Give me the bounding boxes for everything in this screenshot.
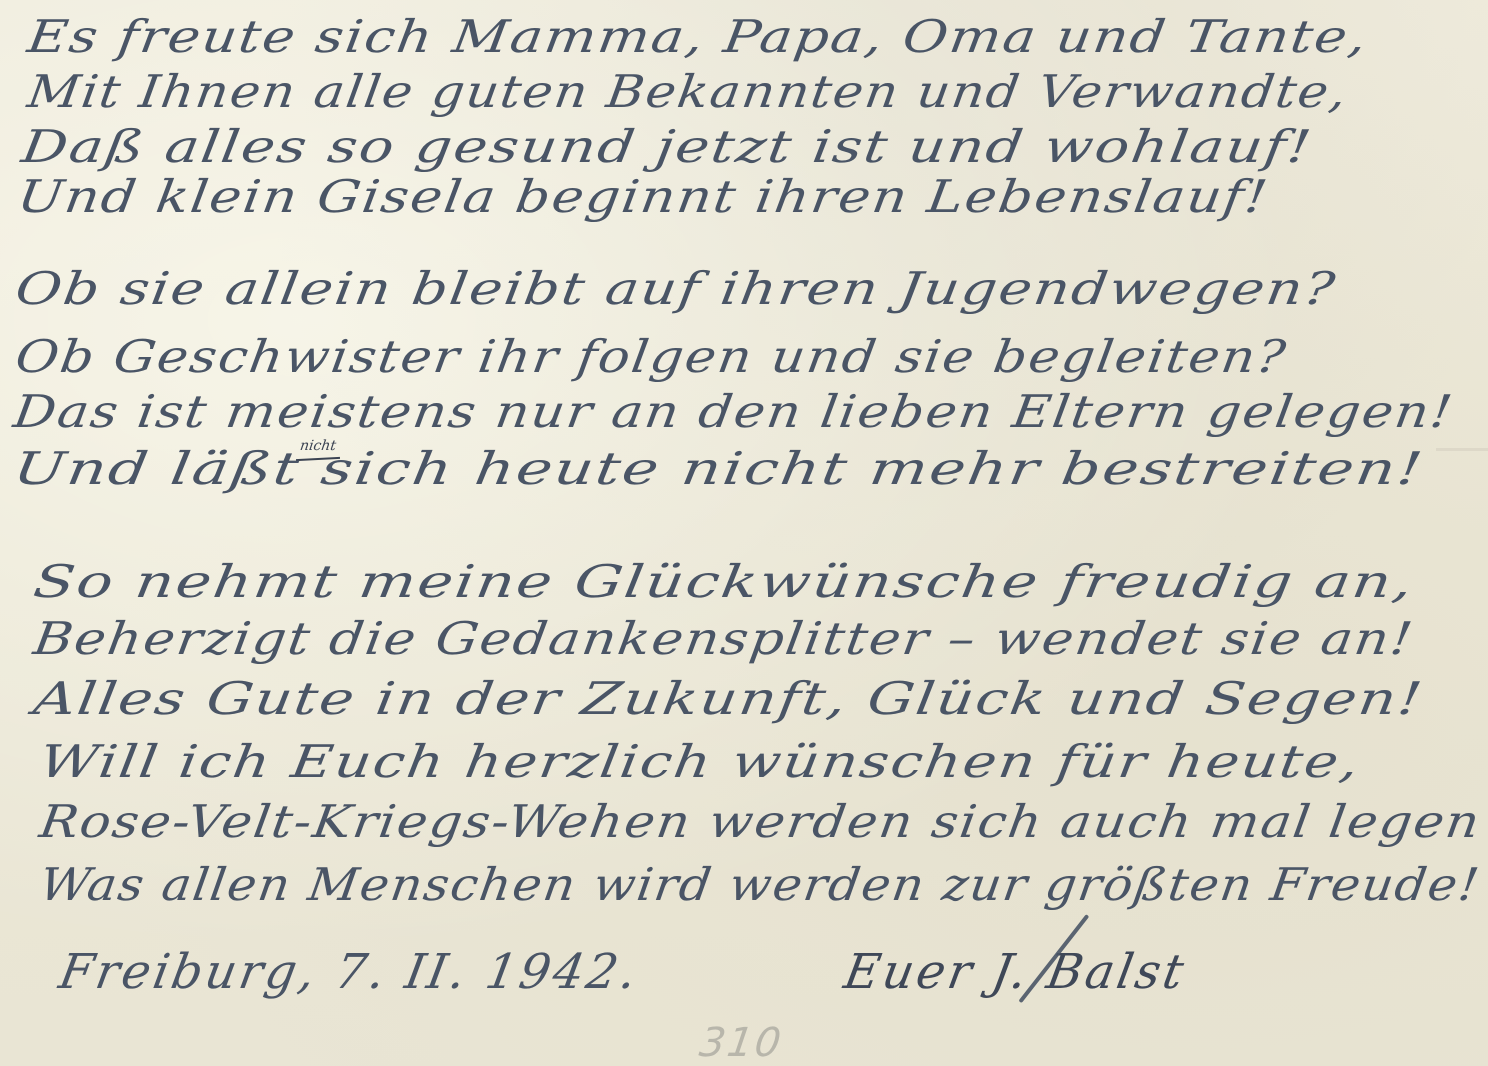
poem-line-11: Alles Gute in der Zukunft, Glück und Seg… [30,672,1427,725]
pencil-annotation: 310 [697,1020,786,1066]
place-and-date: Freiburg, 7. II. 1942. [55,944,644,1000]
paper-tear [1436,448,1488,451]
poem-line-4: Und klein Gisela beginnt ihren Lebenslau… [14,170,1272,223]
poem-line-10: Beherzigt die Gedankensplitter – wendet … [30,612,1417,665]
poem-line-13: Rose-Velt-Kriegs-Wehen werden sich auch … [36,795,1484,848]
poem-line-5: Ob sie allein bleibt auf ihren Jugendweg… [12,262,1340,315]
poem-line-7: Das ist meistens nur an den lieben Elter… [10,385,1457,438]
poem-line-6: Ob Geschwister ihr folgen und sie beglei… [12,330,1290,383]
poem-line-1: Es freute sich Mamma, Papa, Oma und Tant… [24,10,1371,63]
poem-line-14: Was allen Menschen wird werden zur größt… [36,858,1483,911]
poem-line-2: Mit Ihnen alle guten Bekannten und Verwa… [24,65,1351,118]
signature: Euer J. Balst [840,944,1191,1000]
poem-line-9: So nehmt meine Glückwünsche freudig an, [30,555,1417,608]
letter-page: Es freute sich Mamma, Papa, Oma und Tant… [0,0,1488,1066]
poem-line-3: Daß alles so gesund jetzt ist und wohlau… [18,120,1316,173]
poem-line-12: Will ich Euch herzlich wünschen für heut… [36,735,1364,788]
poem-line-8: Und läßt sich heute nicht mehr bestreite… [10,442,1427,495]
